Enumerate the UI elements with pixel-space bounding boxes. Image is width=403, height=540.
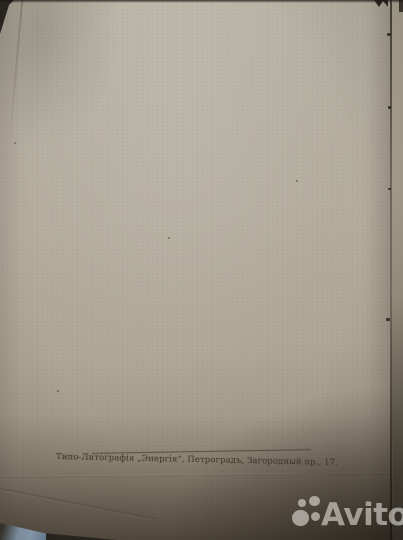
- page-edge-mark: [388, 188, 391, 190]
- avito-logo-dot: [311, 512, 321, 522]
- avito-logo-dot: [309, 496, 320, 507]
- page-gap-line: [390, 0, 392, 540]
- avito-logo-dot: [292, 510, 309, 527]
- paper-speck: [296, 180, 298, 182]
- page-edge-mark: [386, 318, 390, 321]
- avito-logo-icon: [290, 494, 322, 528]
- avito-watermark: Avito: [290, 494, 402, 536]
- page-edge-mark: [388, 106, 391, 109]
- paper-speck: [14, 142, 16, 144]
- paper-speck: [168, 237, 170, 239]
- page-edge-mark: [387, 33, 391, 36]
- book-page: Типо-Литографія „Энергія“, Петроградъ, З…: [0, 0, 394, 540]
- photo-top-edge: [0, 0, 403, 3]
- paper-speck: [57, 390, 59, 392]
- book-photo: Типо-Литографія „Энергія“, Петроградъ, З…: [0, 0, 403, 540]
- avito-brand-text: Avito: [321, 494, 403, 536]
- avito-logo-dot: [298, 499, 306, 507]
